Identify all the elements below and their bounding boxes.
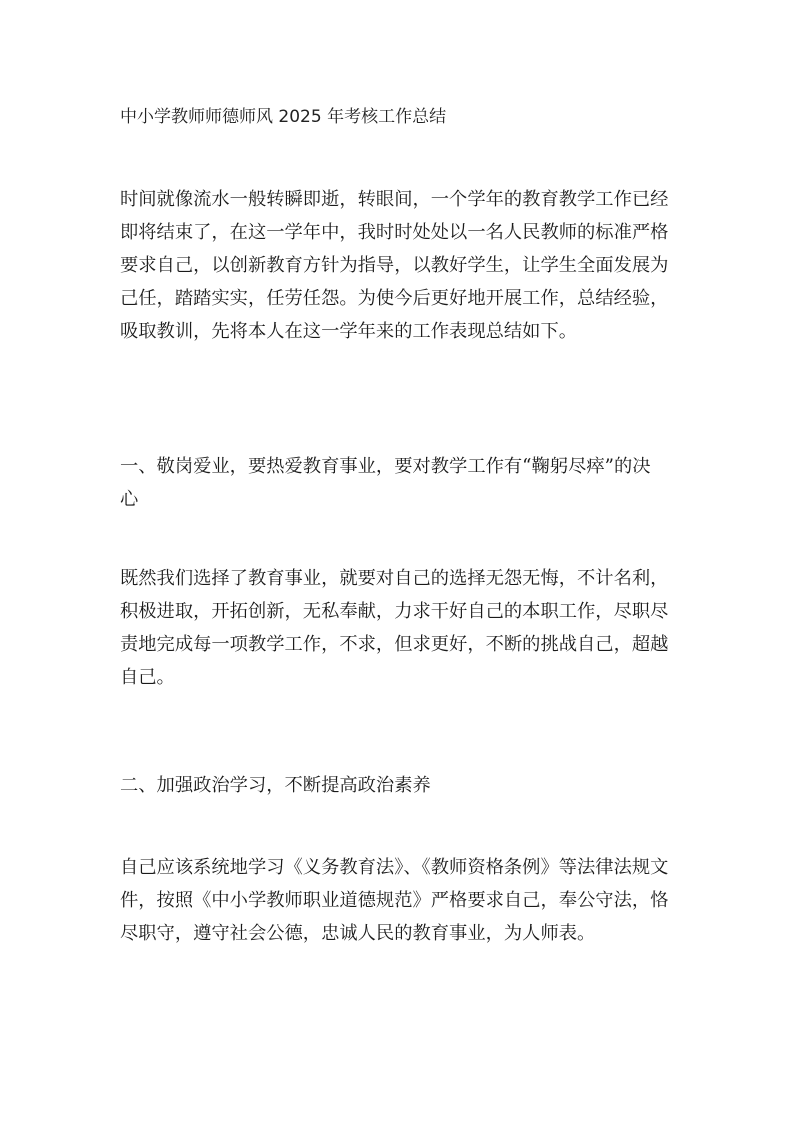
section-heading-1: 一、敬岗爱业，要热爱教育事业，要对教学工作有“鞠躬尽瘁”的决 心 xyxy=(120,450,690,516)
paragraph-line: 吸取教训，先将本人在这一学年来的工作表现总结如下。 xyxy=(120,315,690,348)
section-2-paragraph: 自己应该系统地学习《义务教育法》、《教师资格条例》等法律法规文 件，按照《中小学… xyxy=(120,851,690,950)
paragraph-line: 时间就像流水一般转瞬即逝，转眼间，一个学年的教育教学工作已经 xyxy=(120,183,690,216)
paragraph-line: 自己。 xyxy=(120,661,690,694)
heading-line: 二、加强政治学习，不断提高政治素养 xyxy=(120,769,690,802)
paragraph-line: 尽职守，遵守社会公德，忠诚人民的教育事业，为人师表。 xyxy=(120,917,690,950)
paragraph-line: 即将结束了，在这一学年中，我时时处处以一名人民教师的标准严格 xyxy=(120,216,690,249)
document-page: 中小学教师师德师风 2025 年考核工作总结 时间就像流水一般转瞬即逝，转眼间，… xyxy=(0,0,793,1122)
heading-line: 心 xyxy=(120,483,690,516)
title-line: 中小学教师师德师风 2025 年考核工作总结 xyxy=(120,101,690,134)
section-1-paragraph: 既然我们选择了教育事业，就要对自己的选择无怨无悔，不计名利， 积极进取，开拓创新… xyxy=(120,562,690,694)
paragraph-line: 积极进取，开拓创新，无私奉献，力求干好自己的本职工作，尽职尽 xyxy=(120,595,690,628)
paragraph-line: 自己应该系统地学习《义务教育法》、《教师资格条例》等法律法规文 xyxy=(120,851,690,884)
paragraph-line: 件，按照《中小学教师职业道德规范》严格要求自己，奉公守法，恪 xyxy=(120,884,690,917)
paragraph-line: 责地完成每一项教学工作，不求，但求更好，不断的挑战自己，超越 xyxy=(120,628,690,661)
intro-paragraph: 时间就像流水一般转瞬即逝，转眼间，一个学年的教育教学工作已经 即将结束了，在这一… xyxy=(120,183,690,348)
heading-line: 一、敬岗爱业，要热爱教育事业，要对教学工作有“鞠躬尽瘁”的决 xyxy=(120,450,690,483)
paragraph-line: 己任，踏踏实实，任劳任怨。为使今后更好地开展工作，总结经验， xyxy=(120,282,690,315)
section-heading-2: 二、加强政治学习，不断提高政治素养 xyxy=(120,769,690,802)
document-title: 中小学教师师德师风 2025 年考核工作总结 xyxy=(120,101,690,134)
paragraph-line: 既然我们选择了教育事业，就要对自己的选择无怨无悔，不计名利， xyxy=(120,562,690,595)
paragraph-line: 要求自己，以创新教育方针为指导，以教好学生，让学生全面发展为 xyxy=(120,249,690,282)
